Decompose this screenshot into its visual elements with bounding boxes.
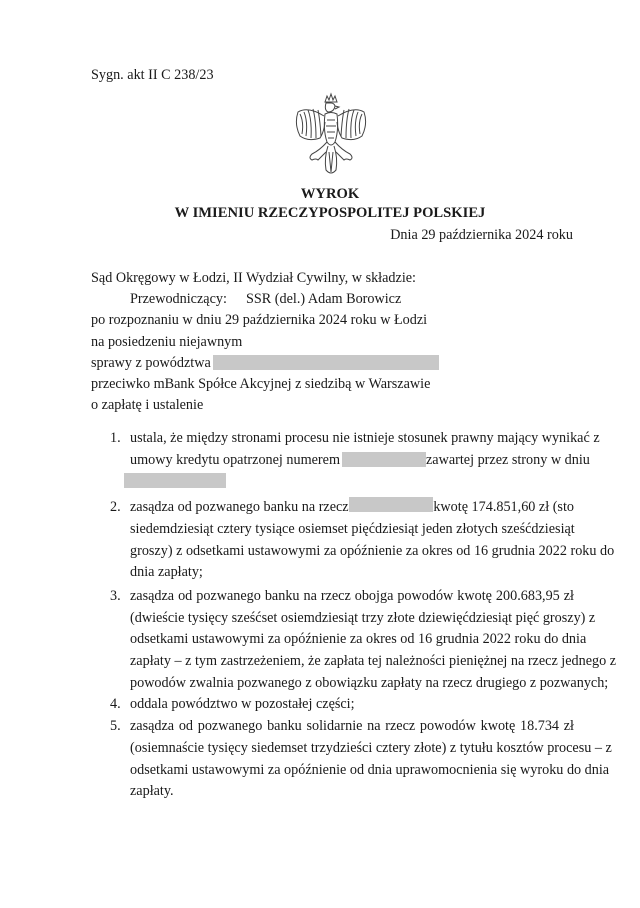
item-line: (osiemnaście tysięcy siedemset trzydzieś… bbox=[130, 738, 574, 760]
item-line: umowy kredytu opatrzonej numeremzawartej… bbox=[130, 450, 574, 472]
item-number: 3. bbox=[110, 586, 121, 608]
judgment-items: 1. ustala, że między stronami procesu ni… bbox=[100, 428, 574, 803]
presiding-label: Przewodniczący: bbox=[130, 289, 204, 310]
item-line bbox=[124, 471, 574, 493]
item-line: odsetkami ustawowymi za opóźnienie od dn… bbox=[130, 760, 574, 782]
judgment-item: 1. ustala, że między stronami procesu ni… bbox=[100, 428, 574, 493]
item-line: zasądza od pozwanego banku solidarnie na… bbox=[130, 716, 574, 738]
judgment-item: 4. oddala powództwo w pozostałej części; bbox=[100, 694, 574, 716]
hearing-line: po rozpoznaniu w dniu 29 października 20… bbox=[91, 310, 439, 331]
subject-line: o zapłatę i ustalenie bbox=[91, 395, 439, 416]
redacted-plaintiff-name bbox=[349, 497, 434, 512]
item-line: zasądza od pozwanego banku na rzecz oboj… bbox=[130, 586, 574, 608]
item-line: zapłaty. bbox=[130, 781, 574, 803]
item-line: siedemdziesiąt cztery tysiące osiemset p… bbox=[130, 519, 574, 541]
item-line: zapłaty – z tym zastrzeżeniem, że zapłat… bbox=[130, 651, 574, 673]
item-line: powodów zwalnia pozwanego z obowiązku za… bbox=[130, 673, 574, 695]
item-number: 2. bbox=[110, 497, 121, 519]
redacted-plaintiff bbox=[213, 355, 439, 370]
defendant-line: przeciwko mBank Spółce Akcyjnej z siedzi… bbox=[91, 374, 439, 395]
plaintiff-line: sprawy z powództwa bbox=[91, 353, 439, 374]
court-composition: Sąd Okręgowy w Łodzi, II Wydział Cywilny… bbox=[91, 268, 439, 416]
judgment-item: 3. zasądza od pozwanego banku na rzecz o… bbox=[100, 586, 574, 695]
item-line: (dwieście tysięcy sześćset osiemdziesiąt… bbox=[130, 608, 574, 630]
item-line: dnia zapłaty; bbox=[130, 562, 574, 584]
redacted-date bbox=[124, 473, 226, 488]
item-number: 5. bbox=[110, 716, 121, 738]
redacted-contract-number bbox=[342, 452, 426, 467]
judgment-item: 5. zasądza od pozwanego banku solidarnie… bbox=[100, 716, 574, 803]
case-number: Sygn. akt II C 238/23 bbox=[91, 67, 214, 84]
item-number: 1. bbox=[110, 428, 121, 450]
item-line: zasądza od pozwanego banku na rzecz kwot… bbox=[130, 497, 574, 519]
polish-eagle-emblem-icon bbox=[290, 92, 372, 182]
session-line: na posiedzeniu niejawnym bbox=[91, 332, 439, 353]
court-name: Sąd Okręgowy w Łodzi, II Wydział Cywilny… bbox=[91, 268, 439, 289]
item-line: odsetkami ustawowymi za opóźnienie za ok… bbox=[130, 629, 574, 651]
judgment-item: 2. zasądza od pozwanego banku na rzecz k… bbox=[100, 497, 574, 584]
item-line: ustala, że między stronami procesu nie i… bbox=[130, 428, 574, 450]
item-number: 4. bbox=[110, 694, 121, 716]
item-line: groszy) z odsetkami ustawowymi za opóźni… bbox=[130, 541, 574, 563]
presiding-line: Przewodniczący:SSR (del.) Adam Borowicz bbox=[91, 289, 439, 310]
item-line: oddala powództwo w pozostałej części; bbox=[130, 694, 574, 716]
judgment-subtitle: W IMIENIU RZECZYPOSPOLITEJ POLSKIEJ bbox=[0, 205, 640, 222]
presiding-judge: SSR (del.) Adam Borowicz bbox=[204, 291, 401, 307]
case-from-label: sprawy z powództwa bbox=[91, 355, 211, 371]
judgment-title: WYROK bbox=[0, 186, 640, 203]
judgment-date: Dnia 29 października 2024 roku bbox=[390, 227, 573, 244]
